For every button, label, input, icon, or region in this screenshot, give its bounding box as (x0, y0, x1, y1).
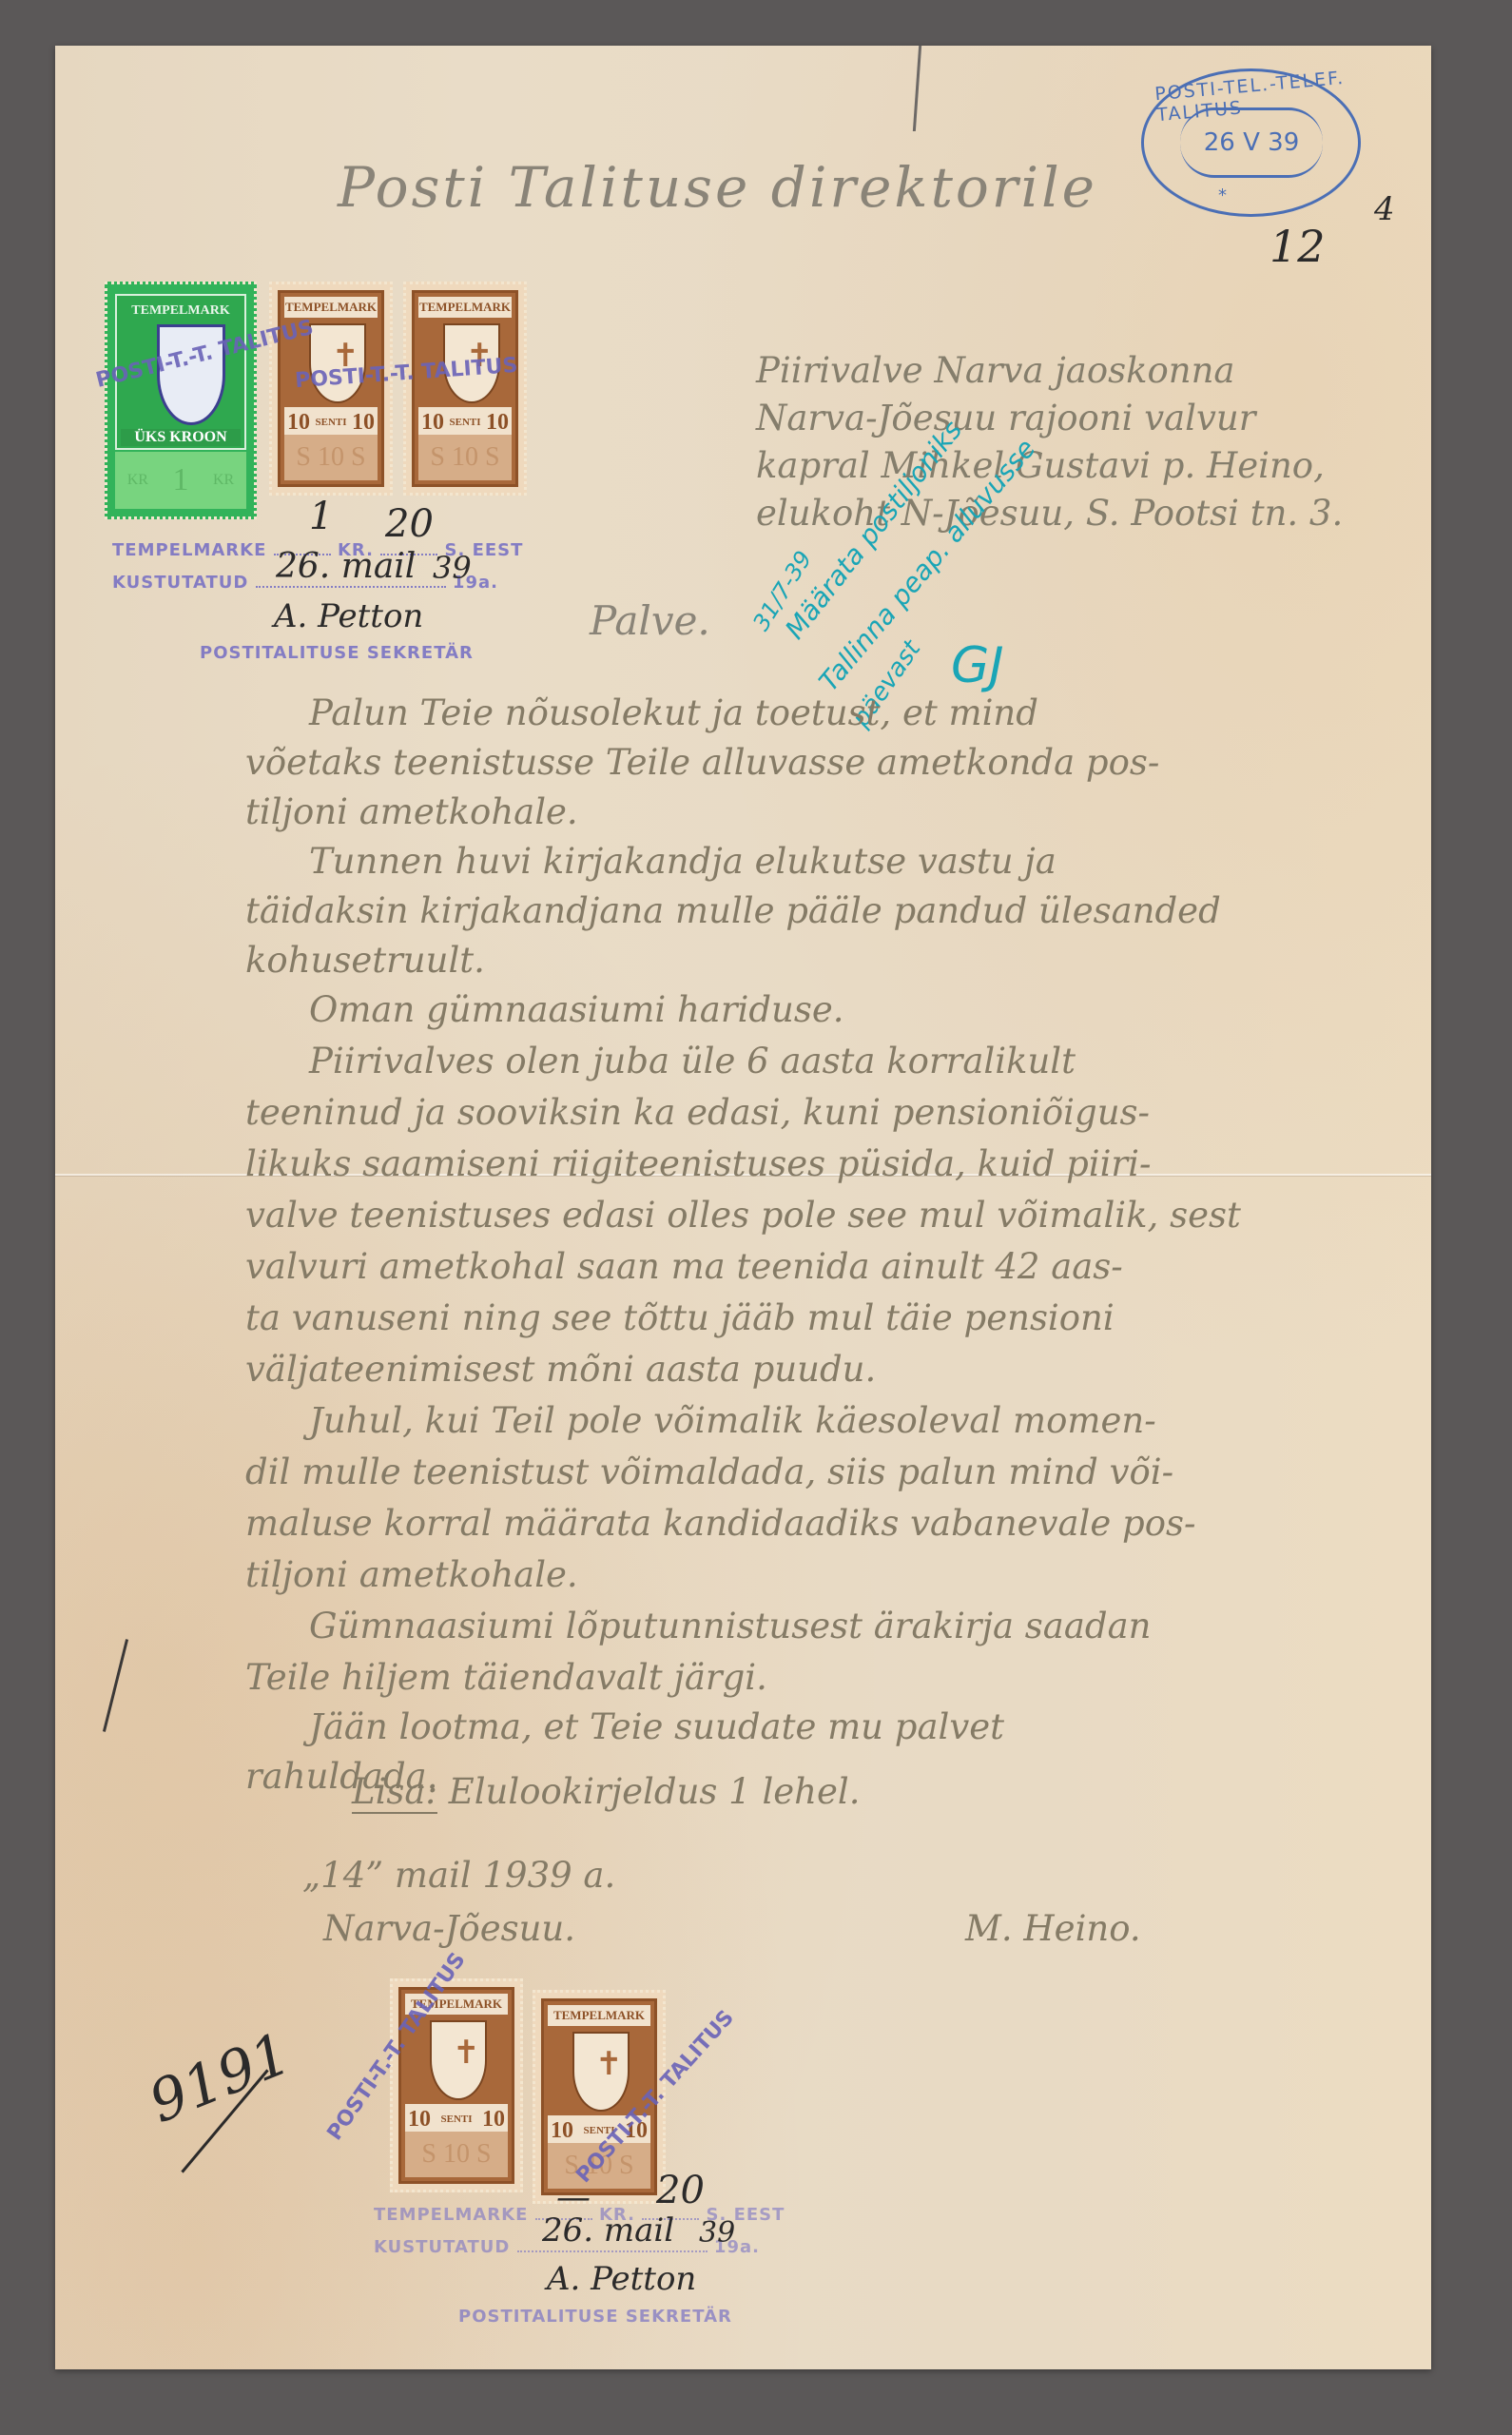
secretary-signature: A. Petton (547, 2260, 696, 2298)
stamp-denomination-label: ÜKS KROON (121, 429, 241, 446)
oval-postmark: POSTI-TEL.-TELEF. TALITUS 26 V 39 * (1141, 68, 1361, 217)
sender-line: Narva-Jõesuu rajooni valvur (756, 398, 1255, 438)
stamp-unit-right: KR (213, 472, 234, 489)
body-line: täidaksin kirjakandjana mulle pääle pand… (245, 890, 1221, 931)
salutation: Palve. (590, 597, 710, 644)
stamp-value: 10 (352, 410, 375, 436)
stamp-unit: SENTI (449, 417, 480, 428)
body-line: Juhul, kui Teil pole võimalik käesoleval… (309, 1400, 1156, 1441)
body-line: teeninud ja sooviksin ka edasi, kuni pen… (245, 1092, 1150, 1133)
body-line: Piirivalves olen juba üle 6 aasta korral… (309, 1041, 1076, 1081)
attachment-text: Elulookirjeldus 1 lehel. (449, 1771, 861, 1812)
body-line: Teile hiljem täiendavalt järgi. (245, 1657, 767, 1698)
body-line: likuks saamiseni riigiteenistuses püsida… (245, 1143, 1151, 1184)
body-line: kohusetruult. (245, 940, 485, 981)
stamp-lower-value: S 10 S (284, 435, 378, 480)
form-label: TEMPELMARKE (374, 2205, 528, 2225)
stamp-title: TEMPELMARK (117, 303, 244, 319)
stamp-value: 10 (482, 2107, 505, 2133)
stamp-value: 10 (287, 410, 310, 436)
revenue-stamp-1-kroon: TEMPELMARK ÜKS KROON KR 1 KR (105, 282, 257, 519)
body-line: võetaks teenistusse Teile alluvasse amet… (245, 742, 1159, 783)
teal-initials: GJ (951, 637, 1004, 694)
form-label: a. (478, 573, 498, 593)
document-heading: Posti Talituse direktorile (338, 155, 1097, 220)
body-line: Palun Teie nõusolekut ja toetust, et min… (309, 692, 1038, 733)
body-line: valvuri ametkohal saan ma teenida ainult… (245, 1246, 1123, 1287)
form-label: KUSTUTATUD (112, 573, 248, 593)
secretary-role: POSTITALITUSE SEKRETÄR (200, 643, 474, 663)
body-line: dil mulle teenistust võimaldada, siis pa… (245, 1451, 1173, 1492)
cancel-year: 39 (433, 550, 472, 586)
postmark-date: 26 V 39 (1180, 107, 1323, 178)
attachment-label: Lisa: (352, 1771, 437, 1814)
form-label: TEMPELMARKE (112, 540, 266, 560)
kroon-value: 1 (309, 495, 333, 538)
stamp-value: 1 (172, 462, 188, 498)
body-line: maluse korral määrata kandidaadiks vaban… (245, 1503, 1195, 1544)
secretary-signature: A. Petton (274, 597, 423, 635)
stamp-value: 10 (408, 2107, 431, 2133)
stamp-lower-value: S 10 S (405, 2132, 508, 2177)
letter-date: „14” mail 1939 a. (302, 1855, 615, 1896)
folio-mark: 12 (1270, 221, 1326, 272)
body-line: ta vanuseni ning see tõttu jääb mul täie… (245, 1297, 1115, 1338)
body-line: tiljoni ametkohale. (245, 1554, 578, 1595)
senti-value: 20 (656, 2169, 705, 2212)
stamp-title: TEMPELMARK (548, 2005, 650, 2026)
cancel-date: 26. mail (276, 547, 416, 586)
senti-value: 20 (385, 502, 434, 546)
body-line: valve teenistuses edasi olles pole see m… (245, 1195, 1241, 1236)
stamp-value: 10 (421, 410, 444, 436)
body-line: Oman gümnaasiumi hariduse. (309, 989, 844, 1030)
body-line: Gümnaasiumi lõputunnistusest ärakirja sa… (309, 1606, 1151, 1646)
stamp-value: 10 (551, 2118, 573, 2144)
page-number-annotation: 4 (1374, 190, 1395, 228)
sender-line: elukoht N-Jõesuu, S. Pootsi tn. 3. (756, 493, 1343, 534)
cross-shield-icon: ✝ (430, 2020, 487, 2100)
body-line: tiljoni ametkohale. (245, 791, 578, 832)
form-label: KUSTUTATUD (374, 2237, 510, 2257)
cross-shield-icon: ✝ (572, 2032, 630, 2112)
stamp-unit: SENTI (315, 417, 346, 428)
stamp-unit-left: KR (127, 472, 148, 489)
sender-line: Piirivalve Narva jaoskonna (756, 350, 1235, 391)
revenue-stamp-10-senti: TEMPELMARK ✝ 10SENTI10 S 10 S (403, 282, 527, 496)
letter-place: Narva-Jõesuu. (323, 1908, 575, 1949)
paper-tear (913, 46, 921, 131)
stamp-title: TEMPELMARK (418, 297, 512, 318)
body-line: Jään lootma, et Teie suudate mu palvet (309, 1706, 1004, 1747)
secretary-role: POSTITALITUSE SEKRETÄR (458, 2307, 732, 2327)
body-line: väljateenimisest mõni aasta puudu. (245, 1349, 876, 1390)
stamp-title: TEMPELMARK (284, 297, 378, 318)
attachment-line: Lisa: Elulookirjeldus 1 lehel. (352, 1771, 861, 1812)
stamp-unit: SENTI (440, 2114, 472, 2125)
cancel-date: 26. mail (542, 2211, 674, 2250)
applicant-signature: M. Heino. (965, 1908, 1141, 1949)
body-line: Tunnen huvi kirjakandja elukutse vastu j… (309, 841, 1056, 882)
stamp-value: 10 (486, 410, 509, 436)
form-label: a. (740, 2237, 760, 2257)
cancel-year: 39 (699, 2216, 735, 2250)
stamp-lower-value: S 10 S (418, 435, 512, 480)
postmark-star-icon: * (1218, 185, 1227, 205)
